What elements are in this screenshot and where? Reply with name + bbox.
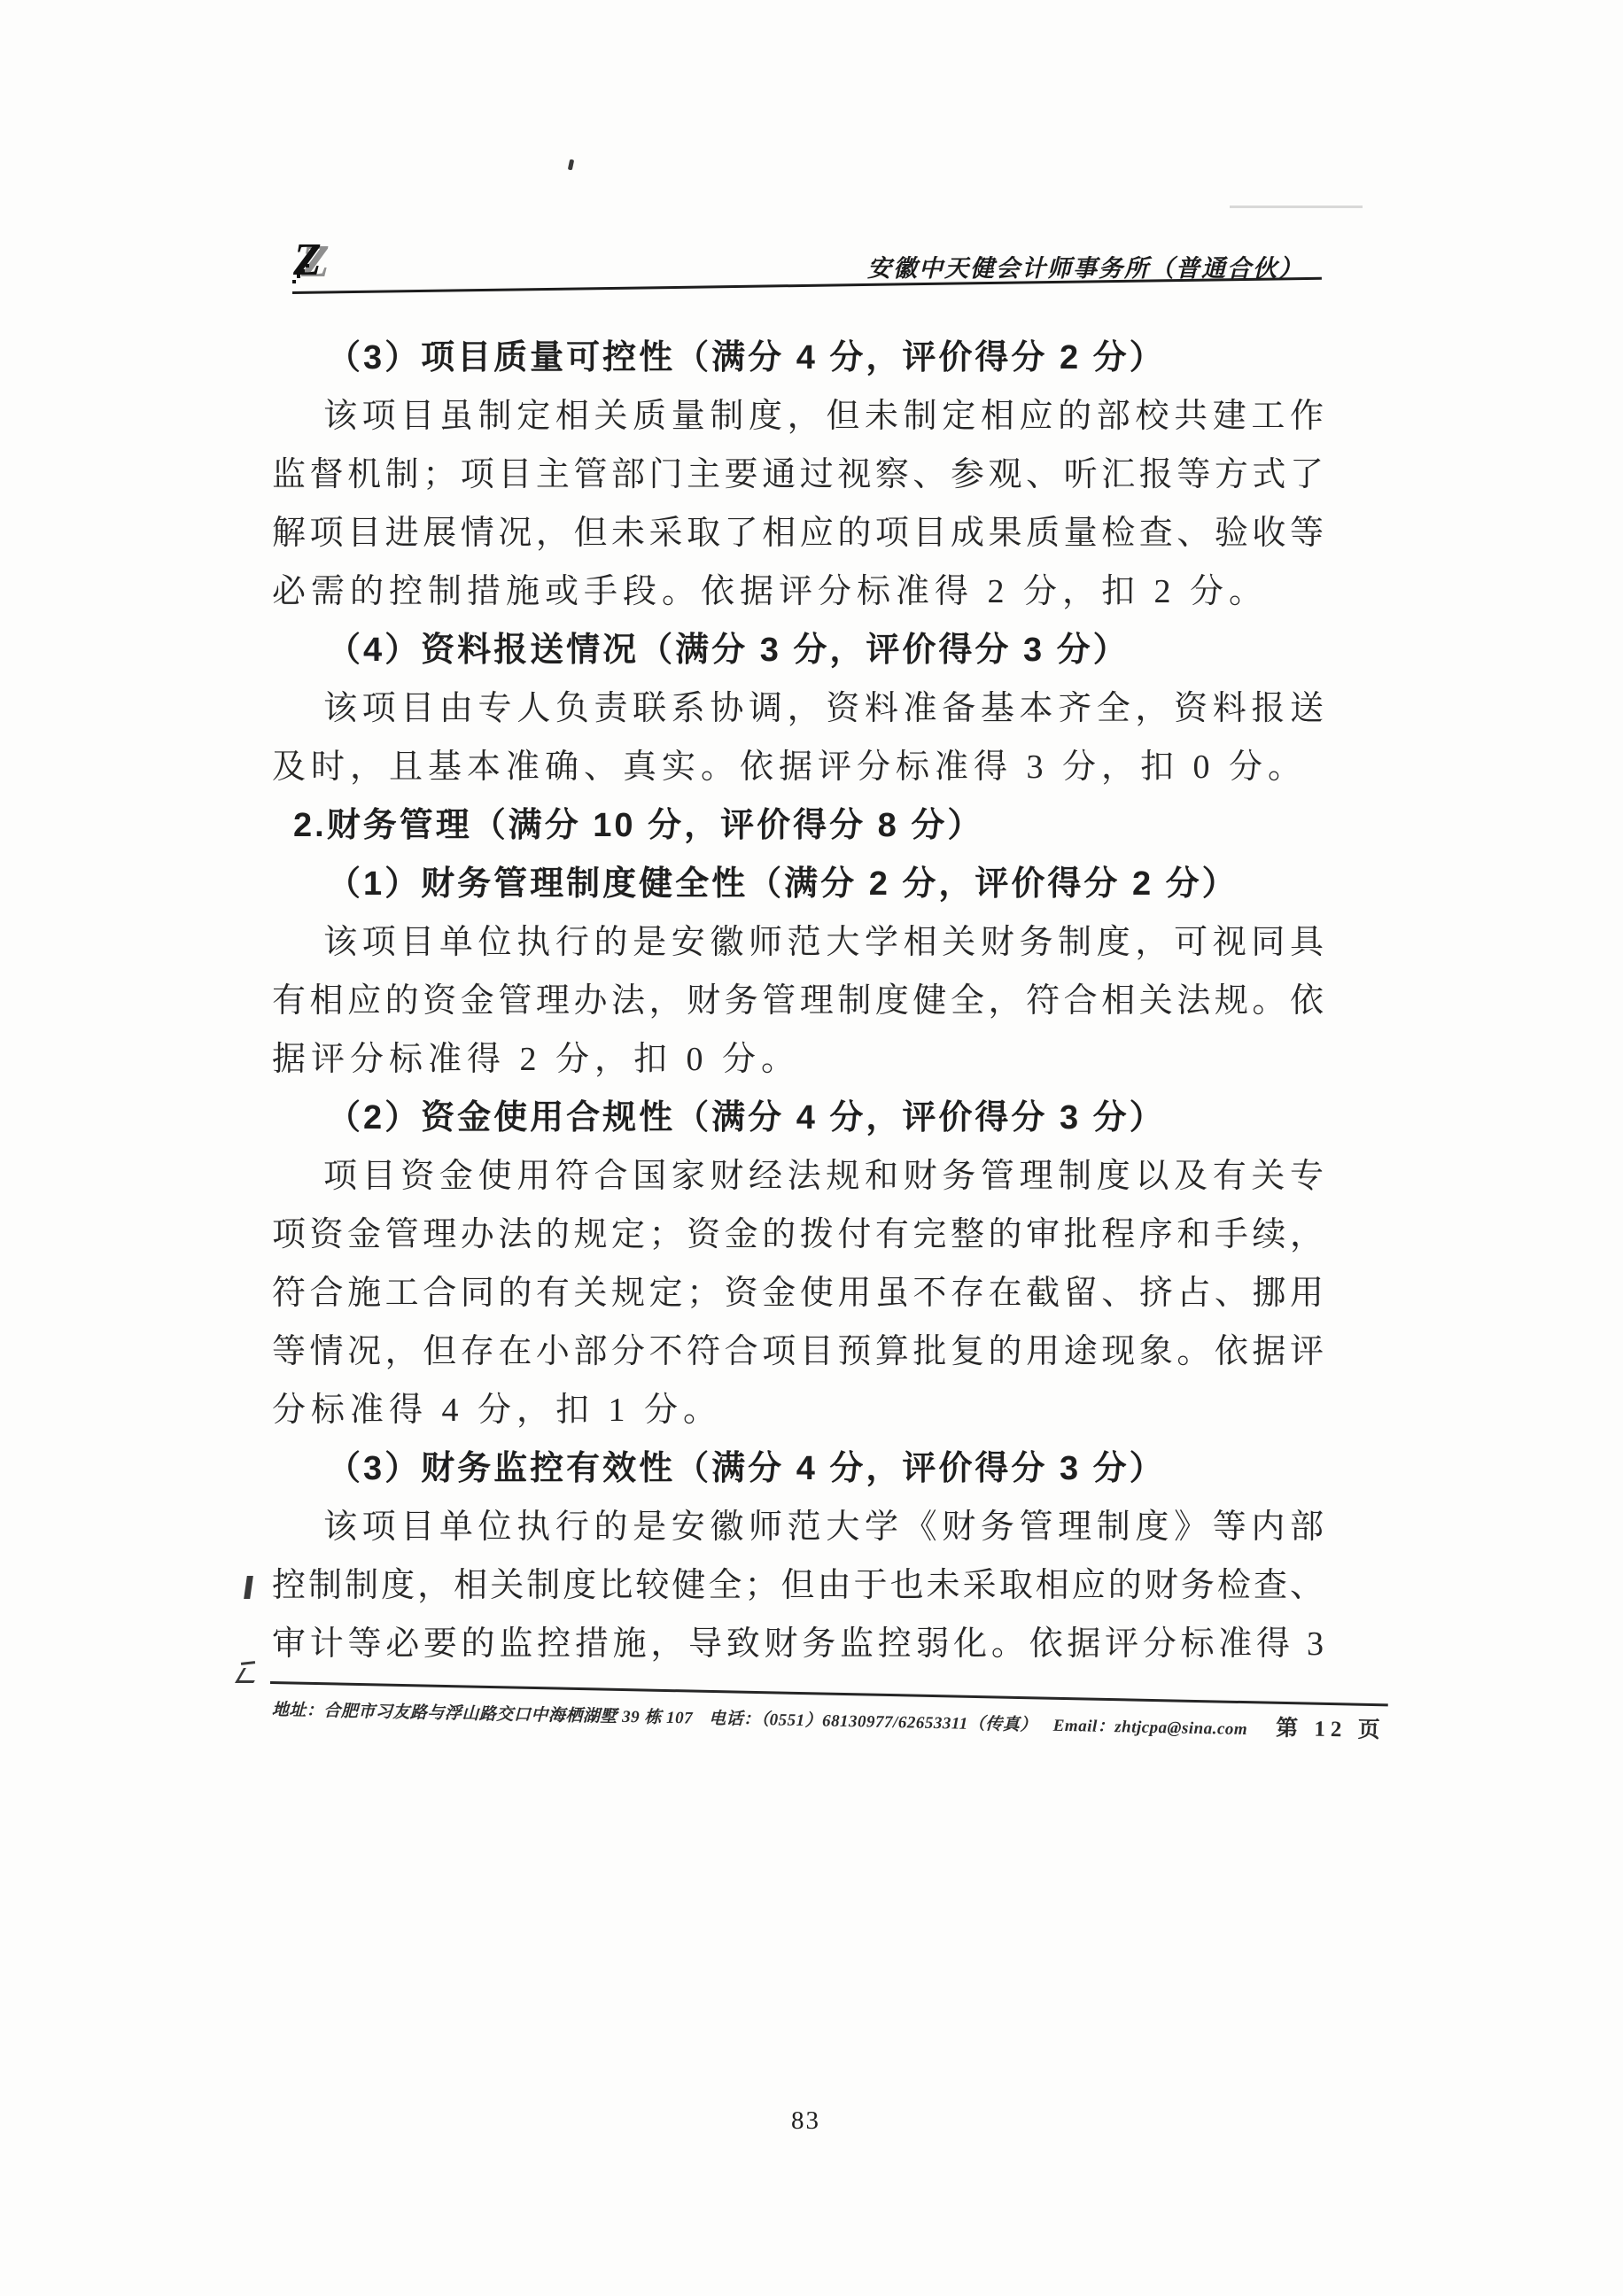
- text-line: 解项目进展情况，但未采取了相应的项目成果质量检查、验收等: [272, 504, 1324, 562]
- text-line: （3）财务监控有效性（满分 4 分，评价得分 3 分）: [272, 1439, 1324, 1498]
- text-line: 符合施工合同的有关规定；资金使用虽不存在截留、挤占、挪用: [272, 1264, 1324, 1323]
- footer-phone: 电话：（0551）68130977/62653311（传真）: [709, 1705, 1037, 1735]
- text-line: 项资金管理办法的规定；资金的拨付有完整的审批程序和手续，: [272, 1206, 1324, 1264]
- footer-address: 地址：合肥市习友路与浮山路交口中海栖湖墅 39 栋 107: [272, 1696, 694, 1729]
- footer-page-label: 第 12 页: [1276, 1710, 1386, 1744]
- document-body: （3）项目质量可控性（满分 4 分，评价得分 2 分）该项目虽制定相关质量制度，…: [272, 329, 1324, 1673]
- footer-email: Email：zhtjcpa@sina.com: [1053, 1712, 1248, 1740]
- scan-artifact: [244, 1576, 253, 1599]
- text-line: 该项目单位执行的是安徽师范大学相关财务制度，可视同具: [272, 913, 1324, 972]
- text-line: （2）资金使用合规性（满分 4 分，评价得分 3 分）: [272, 1089, 1324, 1147]
- text-line: 控制制度，相关制度比较健全；但由于也未采取相应的财务检查、: [272, 1556, 1324, 1615]
- svg-text:Z: Z: [292, 235, 322, 285]
- firm-logo-icon: Z Z: [290, 234, 330, 289]
- text-line: 据评分标准得 2 分，扣 0 分。: [272, 1030, 1324, 1089]
- scan-artifact: [241, 1661, 255, 1665]
- bottom-page-number: 83: [791, 2106, 820, 2136]
- text-line: 该项目由专人负责联系协调，资料准备基本齐全，资料报送: [272, 679, 1324, 738]
- text-line: 等情况，但存在小部分不符合项目预算批复的用途现象。依据评: [272, 1323, 1324, 1381]
- text-line: 审计等必要的监控措施，导致财务监控弱化。依据评分标准得 3: [272, 1615, 1324, 1673]
- text-line: 该项目虽制定相关质量制度，但未制定相应的部校共建工作: [272, 387, 1324, 446]
- text-line: 及时，且基本准确、真实。依据评分标准得 3 分，扣 0 分。: [272, 738, 1324, 796]
- scan-artifact: [1230, 206, 1363, 208]
- page-footer: 地址：合肥市习友路与浮山路交口中海栖湖墅 39 栋 107 电话：（0551）6…: [272, 1690, 1388, 1744]
- text-line: 项目资金使用符合国家财经法规和财务管理制度以及有关专: [272, 1147, 1324, 1206]
- scan-artifact: [235, 1668, 262, 1683]
- text-line: 分标准得 4 分，扣 1 分。: [272, 1381, 1324, 1439]
- text-line: 2.财务管理（满分 10 分，评价得分 8 分）: [272, 796, 1324, 855]
- text-line: （4）资料报送情况（满分 3 分，评价得分 3 分）: [272, 621, 1324, 679]
- scan-artifact: [568, 159, 574, 171]
- document-page: Z Z 安徽中天健会计师事务所（普通合伙） （3）项目质量可控性（满分 4 分，…: [0, 0, 1623, 2296]
- text-line: 该项目单位执行的是安徽师范大学《财务管理制度》等内部: [272, 1498, 1324, 1556]
- text-line: （1）财务管理制度健全性（满分 2 分，评价得分 2 分）: [272, 855, 1324, 913]
- header-rule: [292, 277, 1322, 294]
- text-line: 监督机制；项目主管部门主要通过视察、参观、听汇报等方式了: [272, 446, 1324, 504]
- text-line: 有相应的资金管理办法，财务管理制度健全，符合相关法规。依: [272, 972, 1324, 1030]
- text-line: （3）项目质量可控性（满分 4 分，评价得分 2 分）: [272, 329, 1324, 387]
- text-line: 必需的控制措施或手段。依据评分标准得 2 分，扣 2 分。: [272, 562, 1324, 621]
